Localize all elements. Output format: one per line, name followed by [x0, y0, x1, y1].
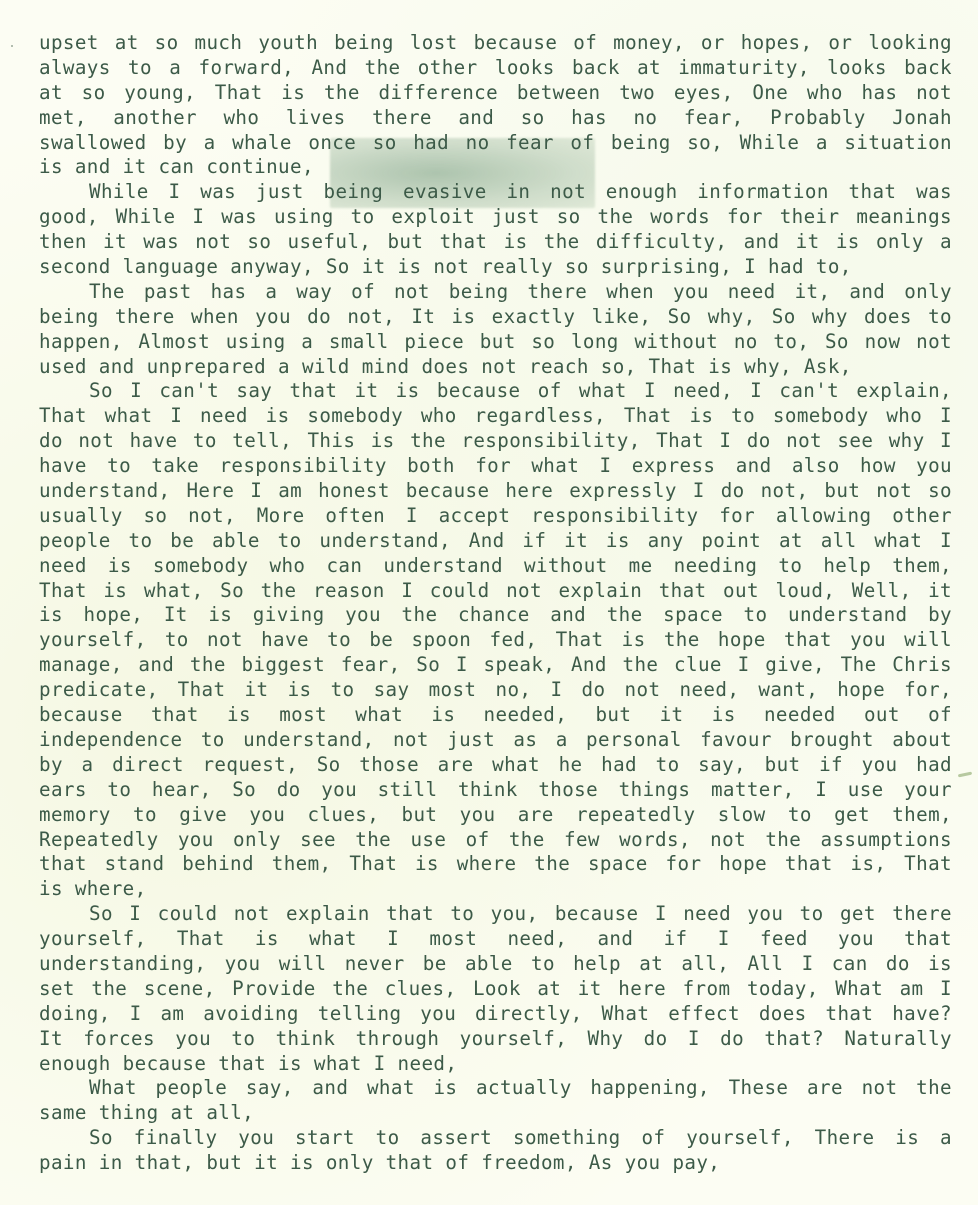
text-line: is hope, It is giving you the chance and…: [39, 603, 952, 628]
text-line: upset at so much youth being lost becaus…: [39, 31, 952, 56]
text-line: usually so not, More often I accept resp…: [39, 504, 952, 529]
text-line: is where,: [39, 877, 952, 902]
text-line: doing, I am avoiding telling you directl…: [39, 1002, 952, 1027]
text-line: used and unprepared a wild mind does not…: [39, 355, 952, 380]
text-line: by a direct request, So those are what h…: [39, 753, 952, 778]
text-line: same thing at all,: [39, 1101, 952, 1126]
text-line: second language anyway, So it is not rea…: [39, 255, 952, 280]
text-line: need is somebody who can understand with…: [39, 554, 952, 579]
text-line: understanding, you will never be able to…: [39, 952, 952, 977]
text-line: met, another who lives there and so has …: [39, 106, 952, 131]
text-line: predicate, That it is to say most no, I …: [39, 678, 952, 703]
paragraph: So I can't say that it is because of wha…: [39, 379, 952, 902]
text-line: It forces you to think through yourself,…: [39, 1027, 952, 1052]
paragraph: What people say, and what is actually ha…: [39, 1076, 952, 1126]
text-line: do not have to tell, This is the respons…: [39, 429, 952, 454]
text-line: yourself, to not have to be spoon fed, T…: [39, 628, 952, 653]
text-line: The past has a way of not being there wh…: [39, 280, 952, 305]
text-line: being there when you do not, It is exact…: [39, 305, 952, 330]
text-line: people to be able to understand, And if …: [39, 529, 952, 554]
text-line: that stand behind them, That is where th…: [39, 852, 952, 877]
text-line: happen, Almost using a small piece but s…: [39, 330, 952, 355]
text-line: So I could not explain that to you, beca…: [39, 902, 952, 927]
text-line: good, While I was using to exploit just …: [39, 205, 952, 230]
text-line: That what I need is somebody who regardl…: [39, 404, 952, 429]
text-line: is and it can continue,: [39, 155, 952, 180]
text-line: memory to give you clues, but you are re…: [39, 803, 952, 828]
text-line: While I was just being evasive in not en…: [39, 180, 952, 205]
paragraph: So I could not explain that to you, beca…: [39, 902, 952, 1076]
text-line: set the scene, Provide the clues, Look a…: [39, 977, 952, 1002]
text-line: always to a forward, And the other looks…: [39, 56, 952, 81]
text-line: That is what, So the reason I could not …: [39, 579, 952, 604]
text-line: yourself, That is what I most need, and …: [39, 927, 952, 952]
paragraph: While I was just being evasive in not en…: [39, 180, 952, 280]
text-line: manage, and the biggest fear, So I speak…: [39, 653, 952, 678]
text-line: understand, Here I am honest because her…: [39, 479, 952, 504]
text-line: at so young, That is the difference betw…: [39, 81, 952, 106]
text-line: have to take responsibility both for wha…: [39, 454, 952, 479]
text-line: because that is most what is needed, but…: [39, 703, 952, 728]
text-line: So I can't say that it is because of wha…: [39, 379, 952, 404]
text-line: then it was not so useful, but that is t…: [39, 230, 952, 255]
text-line: pain in that, but it is only that of fre…: [39, 1151, 952, 1176]
text-line: enough because that is what I need,: [39, 1052, 952, 1077]
text-line: ears to hear, So do you still think thos…: [39, 778, 952, 803]
paragraph: upset at so much youth being lost becaus…: [39, 31, 952, 180]
text-line: What people say, and what is actually ha…: [39, 1076, 952, 1101]
text-line: independence to understand, not just as …: [39, 728, 952, 753]
margin-speck: [11, 45, 13, 47]
text-line: Repeatedly you only see the use of the f…: [39, 828, 952, 853]
text-line: swallowed by a whale once so had no fear…: [39, 131, 952, 156]
typed-document-body: upset at so much youth being lost becaus…: [39, 31, 952, 1176]
paragraph: So finally you start to assert something…: [39, 1126, 952, 1176]
text-line: So finally you start to assert something…: [39, 1126, 952, 1151]
paragraph: The past has a way of not being there wh…: [39, 280, 952, 380]
